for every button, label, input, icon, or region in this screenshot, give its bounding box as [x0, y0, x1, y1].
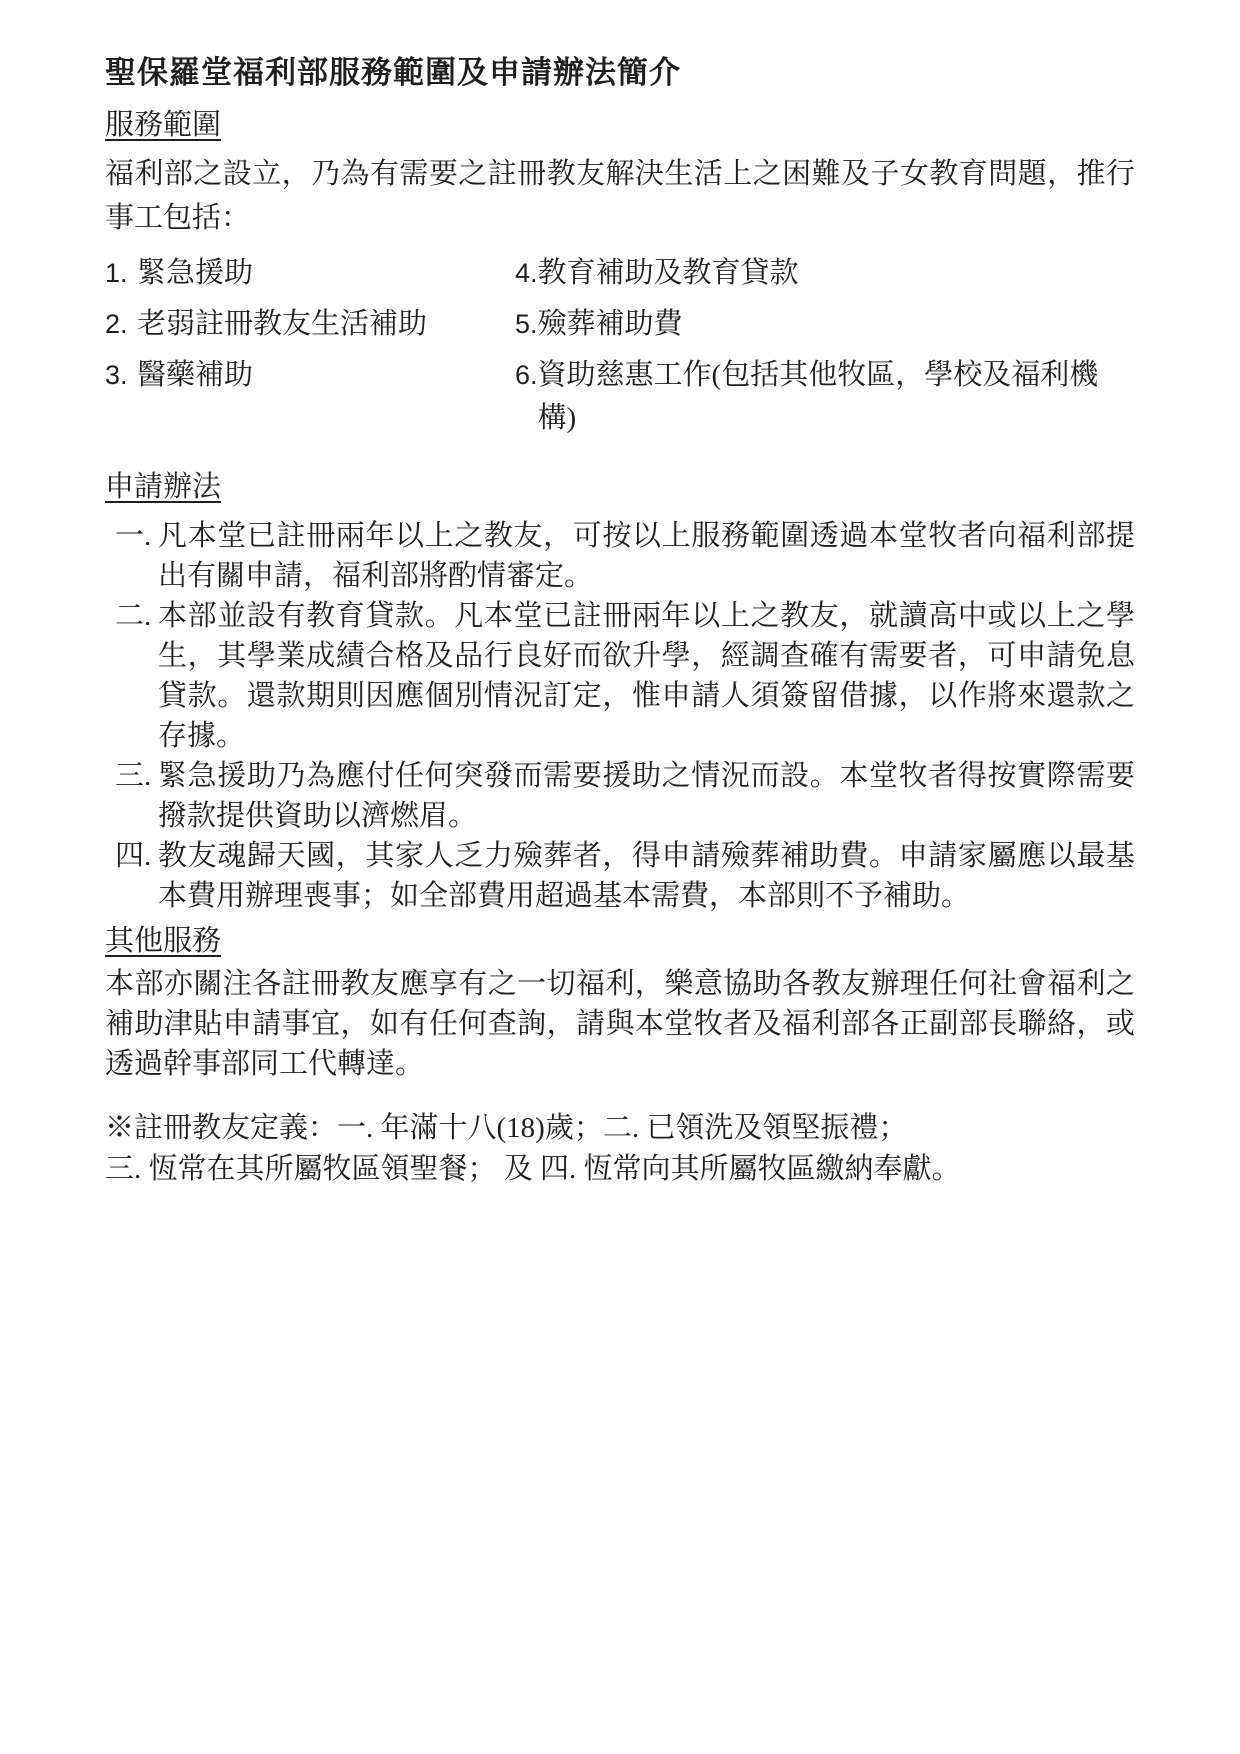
application-item-number: 四.	[105, 836, 158, 876]
section-heading-application: 申請辦法	[105, 466, 1135, 508]
service-item-number: 4.	[515, 252, 538, 295]
application-item-text: 本部並設有教育貸款。凡本堂已註冊兩年以上之教友，就讀高中或以上之學生，其學業成績…	[158, 596, 1135, 756]
service-item-text: 老弱註冊教友生活補助	[137, 303, 515, 346]
service-scope-heading-text: 服務範圍	[105, 109, 221, 141]
service-item-number: 1.	[105, 252, 137, 295]
service-item-2: 2. 老弱註冊教友生活補助	[105, 303, 515, 346]
service-item-text: 緊急援助	[137, 252, 515, 295]
application-section: 申請辦法 一. 凡本堂已註冊兩年以上之教友，可按以上服務範圍透過本堂牧者向福利部…	[105, 466, 1135, 916]
section-heading-other-services: 其他服務	[105, 920, 1135, 962]
service-item-text: 殮葬補助費	[538, 303, 1135, 346]
service-item-number: 6.	[515, 354, 538, 397]
application-item-number: 一.	[105, 516, 158, 556]
service-item-3: 3. 醫藥補助	[105, 354, 515, 440]
application-item-text: 緊急援助乃為應付任何突發而需要援助之情況而設。本堂牧者得按實際需要撥款提供資助以…	[158, 756, 1135, 836]
service-list: 1. 緊急援助 4. 教育補助及教育貸款 2. 老弱註冊教友生活補助 5. 殮葬…	[105, 252, 1135, 440]
footnote: ※註冊教友定義：一. 年滿十八(18)歲；二. 已領洗及領堅振禮； 三. 恆常在…	[105, 1108, 1135, 1190]
page-title: 聖保羅堂福利部服務範圍及申請辦法簡介	[105, 52, 1135, 94]
footnote-line-1: ※註冊教友定義：一. 年滿十八(18)歲；二. 已領洗及領堅振禮；	[105, 1108, 1135, 1149]
service-item-number: 5.	[515, 303, 538, 346]
footnote-line-2: 三. 恆常在其所屬牧區領聖餐； 及 四. 恆常向其所屬牧區繳納奉獻。	[105, 1149, 1135, 1190]
service-item-number: 2.	[105, 303, 137, 346]
service-item-1: 1. 緊急援助	[105, 252, 515, 295]
application-heading-text: 申請辦法	[105, 471, 221, 503]
service-item-text: 醫藥補助	[137, 354, 515, 397]
section-heading-service-scope: 服務範圍	[105, 104, 1135, 146]
application-item-4: 四. 教友魂歸天國，其家人乏力殮葬者，得申請殮葬補助費。申請家屬應以最基本費用辦…	[105, 836, 1135, 916]
application-item-text: 教友魂歸天國，其家人乏力殮葬者，得申請殮葬補助費。申請家屬應以最基本費用辦理喪事…	[158, 836, 1135, 916]
service-item-text: 資助慈惠工作(包括其他牧區，學校及福利機構)	[538, 354, 1135, 440]
service-scope-intro: 福利部之設立，乃為有需要之註冊教友解決生活上之困難及子女教育問題，推行事工包括：	[105, 152, 1135, 240]
application-item-text: 凡本堂已註冊兩年以上之教友，可按以上服務範圍透過本堂牧者向福利部提出有關申請，福…	[158, 516, 1135, 596]
other-services-body: 本部亦關注各註冊教友應享有之一切福利，樂意協助各教友辦理任何社會福利之補助津貼申…	[105, 964, 1135, 1084]
service-item-5: 5. 殮葬補助費	[515, 303, 1135, 346]
service-item-4: 4. 教育補助及教育貸款	[515, 252, 1135, 295]
application-item-2: 二. 本部並設有教育貸款。凡本堂已註冊兩年以上之教友，就讀高中或以上之學生，其學…	[105, 596, 1135, 756]
application-item-1: 一. 凡本堂已註冊兩年以上之教友，可按以上服務範圍透過本堂牧者向福利部提出有關申…	[105, 516, 1135, 596]
service-item-6: 6. 資助慈惠工作(包括其他牧區，學校及福利機構)	[515, 354, 1135, 440]
application-item-3: 三. 緊急援助乃為應付任何突發而需要援助之情況而設。本堂牧者得按實際需要撥款提供…	[105, 756, 1135, 836]
service-item-text: 教育補助及教育貸款	[538, 252, 1135, 295]
other-services-heading-text: 其他服務	[105, 925, 221, 957]
application-item-number: 三.	[105, 756, 158, 796]
service-item-number: 3.	[105, 354, 137, 397]
document-page: 聖保羅堂福利部服務範圍及申請辦法簡介 服務範圍 福利部之設立，乃為有需要之註冊教…	[0, 0, 1240, 1754]
application-item-number: 二.	[105, 596, 158, 636]
